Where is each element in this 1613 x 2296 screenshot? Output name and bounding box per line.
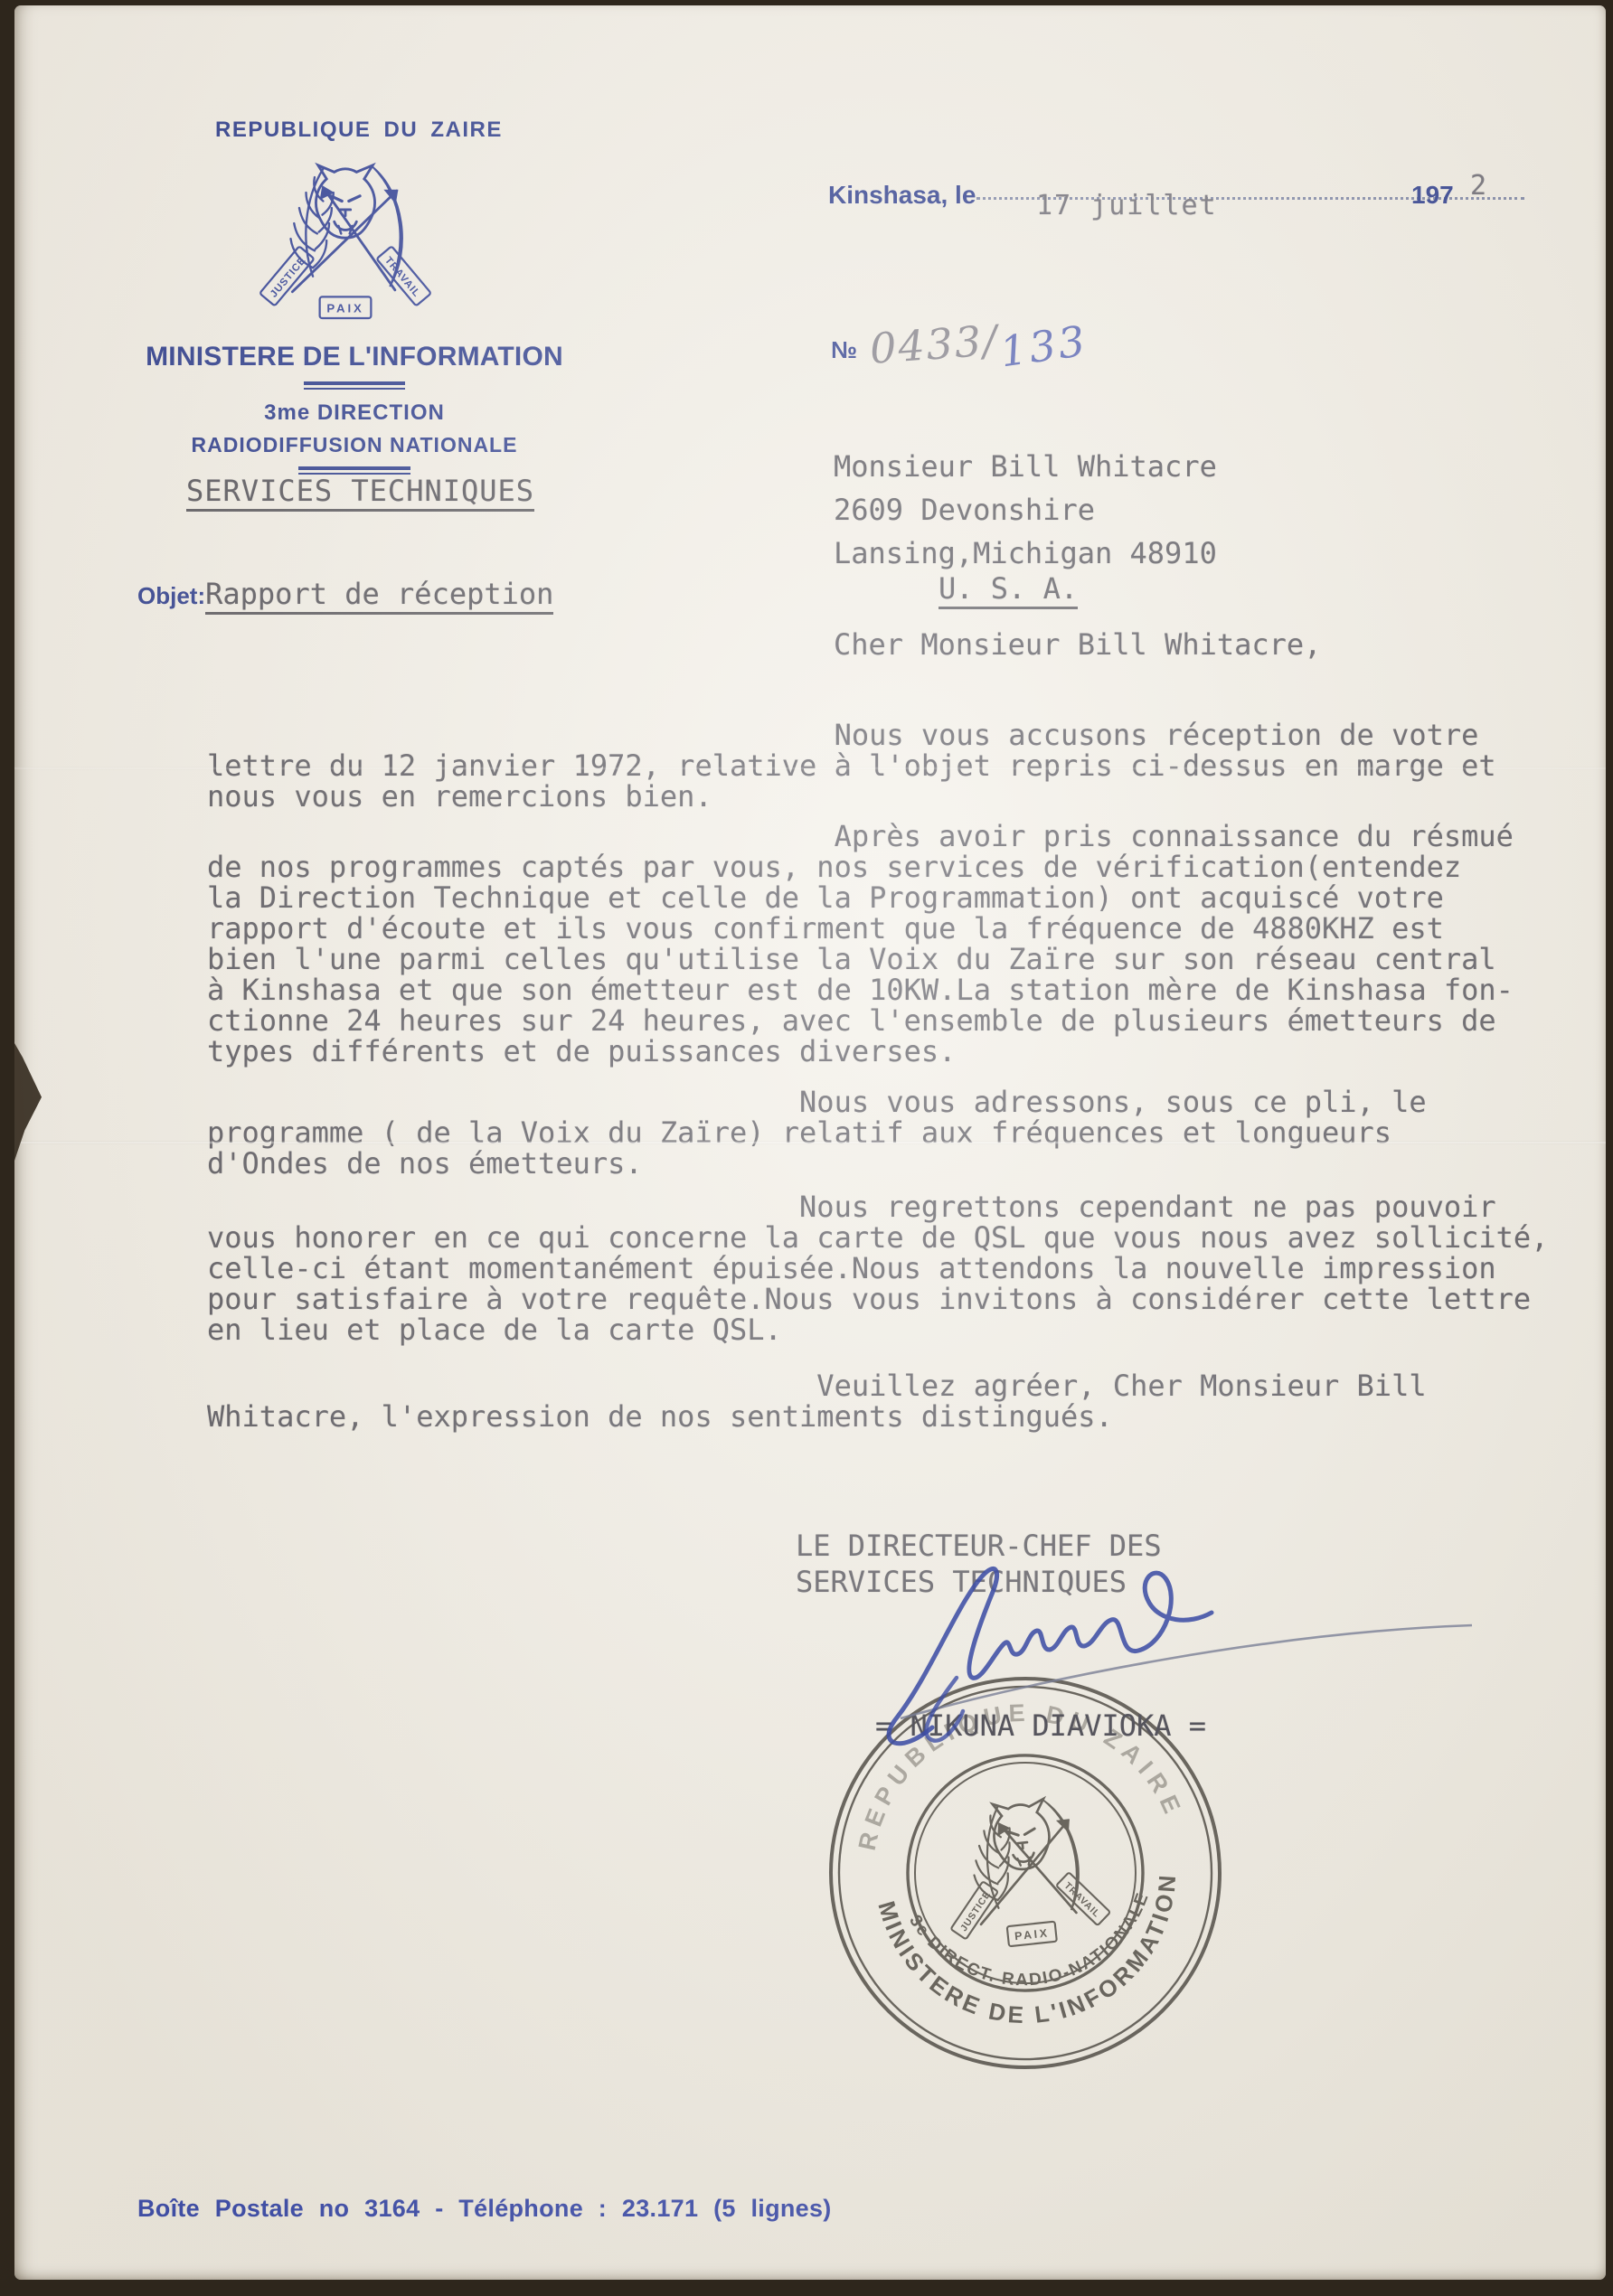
stamp-emblem: [939, 1793, 1113, 1953]
ref-number-pencil: 0433/: [868, 315, 1000, 373]
body-paragraph-2: Après avoir pris connaissance du résmué …: [207, 821, 1514, 1067]
letterhead-country: REPUBLIQUE DU ZAIRE: [215, 118, 503, 143]
divider: [304, 381, 405, 390]
letter-sheet: REPUBLIQUE DU ZAIRE MINISTERE DE L'INFOR…: [14, 5, 1606, 2280]
salutation: Cher Monsieur Bill Whitacre,: [834, 627, 1321, 662]
ref-label: №: [831, 336, 857, 364]
signature: [846, 1542, 1497, 1759]
date-city-label: Kinshasa, le: [828, 181, 976, 210]
letterhead-ministry-block: MINISTERE DE L'INFORMATION 3me DIRECTION…: [121, 342, 588, 475]
department-line: SERVICES TECHNIQUES: [186, 474, 534, 512]
subject-row: Objet:Rapport de réception: [137, 577, 553, 611]
recipient-address: Monsieur Bill Whitacre 2609 Devonshire L…: [834, 445, 1217, 575]
subject-label: Objet:: [137, 582, 205, 609]
date-typed-value: 17 juillet: [1036, 190, 1218, 221]
footer-contact: Boîte Postale no 3164 - Téléphone : 23.1…: [137, 2195, 832, 2223]
recipient-country: U. S. A.: [939, 571, 1078, 609]
body-paragraph-4: Nous regrettons cependant ne pas pouvoir…: [207, 1191, 1548, 1345]
torn-edge: [14, 1043, 42, 1161]
ministry-title: MINISTERE DE L'INFORMATION: [121, 342, 588, 372]
direction-line: 3me DIRECTION: [121, 400, 588, 426]
zaire-coat-of-arms: [241, 146, 450, 334]
year-printed: 197: [1411, 181, 1454, 210]
body-paragraph-1: Nous vous accusons réception de votre le…: [207, 720, 1496, 812]
subject-value: Rapport de réception: [205, 577, 553, 615]
service-line: RADIODIFFUSION NATIONALE: [121, 433, 588, 457]
year-typed-digit: 2: [1470, 170, 1486, 202]
body-paragraph-3: Nous vous adressons, sous ce pli, le pro…: [207, 1087, 1427, 1179]
body-paragraph-5: Veuillez agréer, Cher Monsieur Bill Whit…: [207, 1370, 1427, 1432]
ref-number-ink: 133: [997, 316, 1090, 377]
